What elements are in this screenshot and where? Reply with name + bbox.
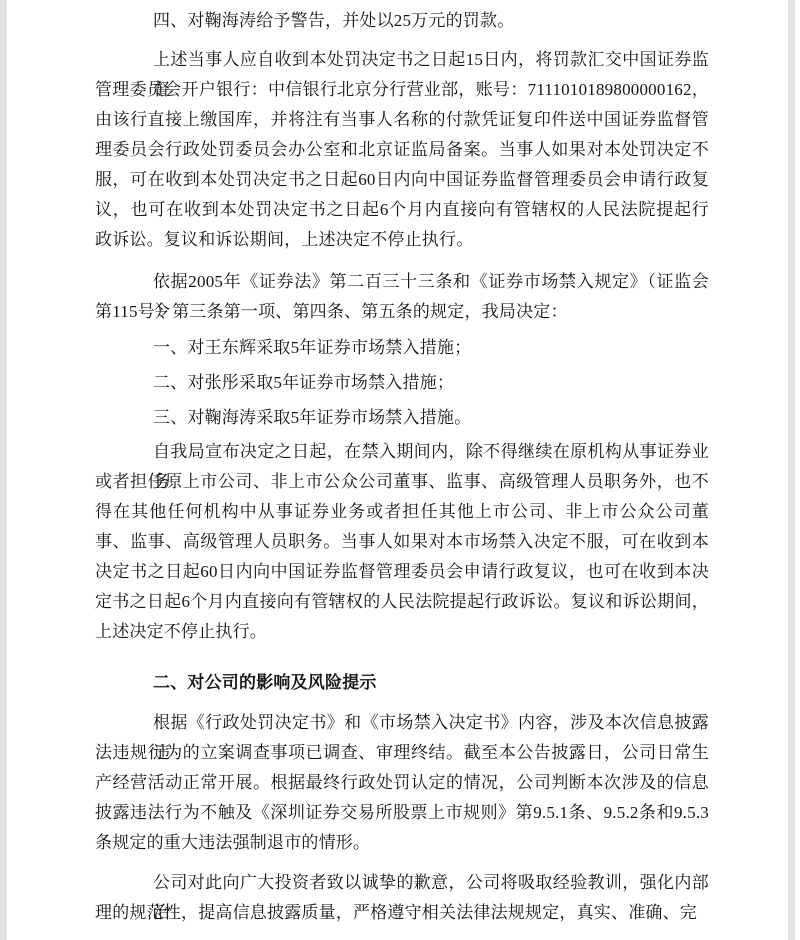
text-line: 得在其他任何机构中从事证券业务或者担任其他上市公司、非上市公众公司董 xyxy=(95,497,709,527)
document-body: 四、对鞠海涛给予警告，并处以25万元的罚款。上述当事人应自收到本处罚决定书之日起… xyxy=(95,6,709,928)
section-heading: 二、对公司的影响及风险提示 xyxy=(95,668,709,698)
text-line: 依据2005年《证券法》第二百三十三条和《证券市场禁入规定》（证监会令 xyxy=(95,267,709,297)
text-line: 披露违法行为不触及《深圳证券交易所股票上市规则》第9.5.1条、9.5.2条和9… xyxy=(95,798,709,828)
text-line: 定书之日起6个月内直接向有管辖权的人民法院提起行政诉讼。复议和诉讼期间， xyxy=(95,587,709,617)
paragraph: 公司对此向广大投资者致以诚挚的歉意，公司将吸取经验教训，强化内部治理的规范性，提… xyxy=(95,868,709,928)
text-line: 决定书之日起60日内向中国证券监督管理委员会申请行政复议，也可在收到本决 xyxy=(95,557,709,587)
text-line: 一、对王东辉采取5年证券市场禁入措施； xyxy=(95,333,709,363)
text-line: 政诉讼。复议和诉讼期间，上述决定不停止执行。 xyxy=(95,225,709,255)
paragraph: 三、对鞠海涛采取5年证券市场禁入措施。 xyxy=(95,403,709,433)
text-line: 上述当事人应自收到本处罚决定书之日起15日内，将罚款汇交中国证券监督 xyxy=(95,45,709,75)
text-line: 公司对此向广大投资者致以诚挚的歉意，公司将吸取经验教训，强化内部治 xyxy=(95,868,709,898)
text-line: 二、对公司的影响及风险提示 xyxy=(95,668,709,698)
paragraph: 自我局宣布决定之日起，在禁入期间内，除不得继续在原机构从事证券业务或者担任原上市… xyxy=(95,437,709,647)
text-line: 产经营活动正常开展。根据最终行政处罚认定的情况，公司判断本次涉及的信息 xyxy=(95,768,709,798)
paragraph: 上述当事人应自收到本处罚决定书之日起15日内，将罚款汇交中国证券监督管理委员会开… xyxy=(95,45,709,255)
text-line: 由该行直接上缴国库，并将注有当事人名称的付款凭证复印件送中国证券监督管 xyxy=(95,105,709,135)
text-line: 理委员会行政处罚委员会办公室和北京证监局备案。当事人如果对本处罚决定不 xyxy=(95,135,709,165)
text-line: 事、监事、高级管理人员职务。当事人如果对本市场禁入决定不服，可在收到本 xyxy=(95,527,709,557)
text-line: 四、对鞠海涛给予警告，并处以25万元的罚款。 xyxy=(95,6,709,36)
text-line: 二、对张彤采取5年证券市场禁入措施； xyxy=(95,368,709,398)
paragraph: 一、对王东辉采取5年证券市场禁入措施； xyxy=(95,333,709,363)
text-line: 管理委员会开户银行：中信银行北京分行营业部，账号：711101018980000… xyxy=(95,75,709,105)
text-line: 根据《行政处罚决定书》和《市场禁入决定书》内容，涉及本次信息披露违 xyxy=(95,708,709,738)
text-line: 三、对鞠海涛采取5年证券市场禁入措施。 xyxy=(95,403,709,433)
text-line: 理的规范性，提高信息披露质量，严格遵守相关法律法规规定，真实、准确、完 xyxy=(95,898,709,928)
page-right-edge xyxy=(788,0,795,940)
page-left-edge xyxy=(0,0,7,940)
paragraph: 根据《行政处罚决定书》和《市场禁入决定书》内容，涉及本次信息披露违法违规行为的立… xyxy=(95,708,709,858)
text-line: 自我局宣布决定之日起，在禁入期间内，除不得继续在原机构从事证券业务 xyxy=(95,437,709,467)
paragraph: 四、对鞠海涛给予警告，并处以25万元的罚款。 xyxy=(95,6,709,36)
text-line: 上述决定不停止执行。 xyxy=(95,617,709,647)
paragraph: 二、对张彤采取5年证券市场禁入措施； xyxy=(95,368,709,398)
text-line: 服，可在收到本处罚决定书之日起60日内向中国证券监督管理委员会申请行政复 xyxy=(95,165,709,195)
text-line: 第115号）第三条第一项、第四条、第五条的规定，我局决定： xyxy=(95,297,709,327)
text-line: 条规定的重大违法强制退市的情形。 xyxy=(95,828,709,858)
text-line: 或者担任原上市公司、非上市公众公司董事、监事、高级管理人员职务外，也不 xyxy=(95,467,709,497)
paragraph: 依据2005年《证券法》第二百三十三条和《证券市场禁入规定》（证监会令第115号… xyxy=(95,267,709,327)
text-line: 议，也可在收到本处罚决定书之日起6个月内直接向有管辖权的人民法院提起行 xyxy=(95,195,709,225)
text-line: 法违规行为的立案调查事项已调查、审理终结。截至本公告披露日，公司日常生 xyxy=(95,738,709,768)
